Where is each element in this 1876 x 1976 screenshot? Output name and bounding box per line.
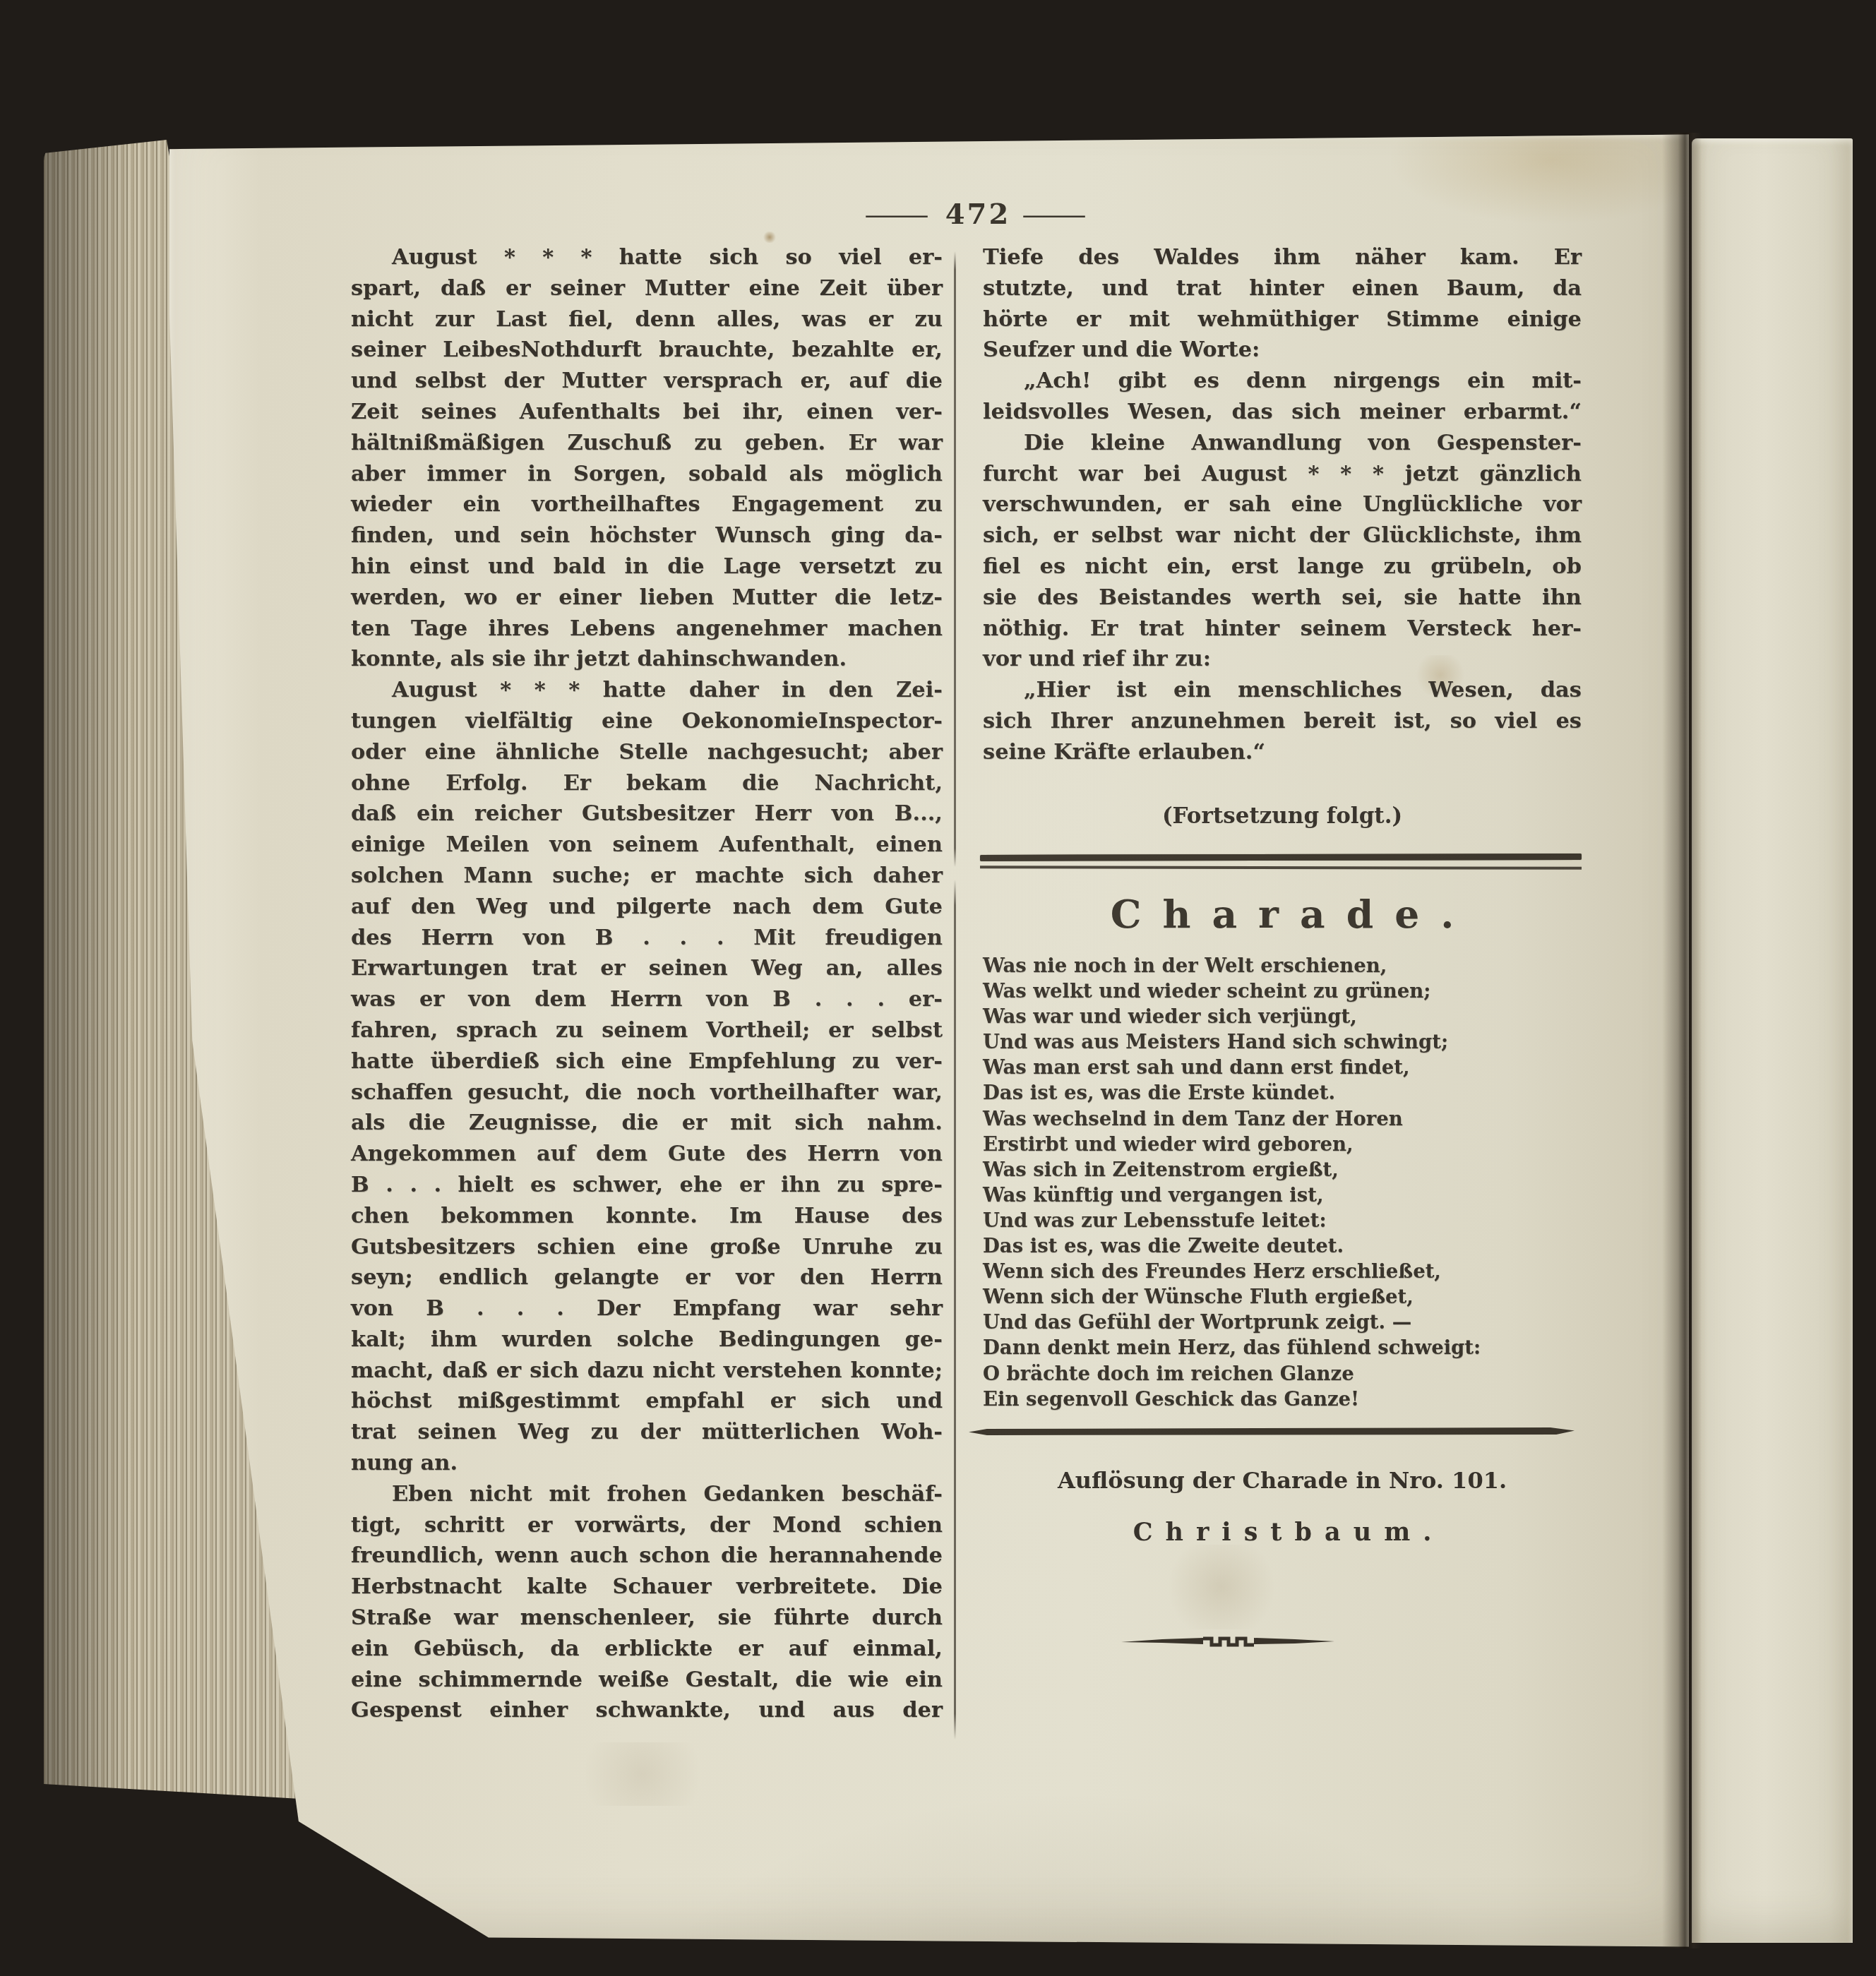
rule-thin-line — [980, 866, 1582, 869]
text-line: spart, daß er seiner Mutter eine Zeit üb… — [351, 275, 943, 306]
text-line: hältnißmäßigen Zuschuß zu geben. Er war — [351, 430, 943, 461]
text-line: sie des Beistandes werth sei, sie hatte … — [983, 585, 1582, 616]
text-line: höchst mißgestimmt empfahl er sich und — [351, 1388, 943, 1419]
text-line: freundlich, wenn auch schon die herannah… — [351, 1543, 943, 1574]
tailpiece-ornament-icon — [1120, 1632, 1336, 1651]
poem-line: Erstirbt und wieder wird geboren, — [983, 1133, 1582, 1158]
text-line: auf den Weg und pilgerte nach dem Gute — [351, 894, 943, 925]
text-line: Seufzer und die Worte: — [983, 337, 1582, 368]
text-line: trat seinen Weg zu der mütterlichen Woh- — [351, 1419, 943, 1450]
text-line: Erwartungen trat er seinen Weg an, alles — [351, 955, 943, 986]
text-line: wieder ein vortheilhaftes Engagement zu — [351, 491, 943, 522]
paper-stain — [565, 1742, 720, 1806]
text-line: hin einst und bald in die Lage versetzt … — [351, 553, 943, 585]
text-line: solchen Mann suche; er machte sich daher — [351, 863, 943, 894]
poem-line: Wenn sich des Freundes Herz erschließet, — [983, 1260, 1582, 1286]
text-line: konnte, als sie ihr jetzt dahinschwanden… — [351, 646, 943, 677]
page-number: —472— — [731, 198, 1225, 231]
text-line: Gutsbesitzers schien eine große Unruhe z… — [351, 1234, 943, 1265]
text-line: stutzte, und trat hinter einen Baum, da — [983, 275, 1582, 306]
poem-line: Dann denkt mein Herz, das fühlend schwei… — [983, 1336, 1582, 1362]
poem-line: Was man erst sah und dann erst findet, — [983, 1056, 1582, 1082]
right-text-column: Tiefe des Waldes ihm näher kam. Erstutzt… — [983, 244, 1582, 770]
poem-line: Ein segenvoll Geschick das Ganze! — [983, 1388, 1582, 1413]
text-line: nung an. — [351, 1450, 943, 1481]
text-line: Gespenst einher schwankte, und aus der — [351, 1697, 943, 1728]
text-line: seine Kräfte erlauben.“ — [983, 739, 1582, 770]
text-line: was er von dem Herrn von B . . . er- — [351, 986, 943, 1017]
poem-line: Das ist es, was die Zweite deutet. — [983, 1235, 1582, 1260]
text-line: und selbst der Mutter versprach er, auf … — [351, 368, 943, 399]
text-line: als die Zeugnisse, die er mit sich nahm. — [351, 1110, 943, 1141]
text-line: tigt, schritt er vorwärts, der Mond schi… — [351, 1512, 943, 1543]
column-divider — [954, 251, 956, 867]
gutter-shadow — [1662, 133, 1702, 1948]
poem-line: Und das Gefühl der Wortprunk zeigt. — — [983, 1311, 1582, 1336]
text-line: nicht zur Last fiel, denn alles, was er … — [351, 306, 943, 337]
poem-line: Und was aus Meisters Hand sich schwingt; — [983, 1031, 1582, 1056]
text-line: furcht war bei August * * * jetzt gänzli… — [983, 461, 1582, 492]
text-line: fahren, sprach zu seinem Vortheil; er se… — [351, 1017, 943, 1048]
text-line: oder eine ähnliche Stelle nachgesucht; a… — [351, 739, 943, 770]
text-line: „Hier ist ein menschliches Wesen, das — [983, 677, 1582, 708]
text-line: chen bekommen konnte. Im Hause des — [351, 1203, 943, 1234]
poem-line: Was sich in Zeitenstrom ergießt, — [983, 1158, 1582, 1184]
text-line: Straße war menschenleer, sie führte durc… — [351, 1605, 943, 1636]
text-line: sich, er selbst war nicht der Glücklichs… — [983, 522, 1582, 553]
text-line: Angekommen auf dem Gute des Herrn von — [351, 1141, 943, 1172]
text-line: August * * * hatte daher in den Zei- — [351, 677, 943, 708]
text-line: verschwunden, er sah eine Unglückliche v… — [983, 491, 1582, 522]
text-line: Eben nicht mit frohen Gedanken beschäf- — [351, 1481, 943, 1512]
poem-line: Und was zur Lebensstufe leitet: — [983, 1209, 1582, 1235]
charade-solution-answer: Christbaum. — [983, 1518, 1582, 1547]
poem-line: Was war und wieder sich verjüngt, — [983, 1005, 1582, 1031]
text-line: seiner LeibesNothdurft brauchte, bezahlt… — [351, 337, 943, 368]
text-line: tungen vielfältig eine OekonomieInspecto… — [351, 708, 943, 739]
text-line: Die kleine Anwandlung von Gespenster- — [983, 430, 1582, 461]
text-line: B . . . hielt es schwer, ehe er ihn zu s… — [351, 1172, 943, 1203]
text-line: aber immer in Sorgen, sobald als möglich — [351, 461, 943, 492]
poem-line: Was nie noch in der Welt erschienen, — [983, 954, 1582, 980]
book-photo: —472— August * * * hatte sich so viel er… — [0, 0, 1876, 1976]
text-line: macht, daß er sich dazu nicht verstehen … — [351, 1358, 943, 1389]
text-line: nöthig. Er trat hinter seinem Versteck h… — [983, 616, 1582, 647]
text-line: sich Ihrer anzunehmen bereit ist, so vie… — [983, 708, 1582, 739]
text-line: von B . . . Der Empfang war sehr — [351, 1295, 943, 1327]
text-line: August * * * hatte sich so viel er- — [351, 244, 943, 275]
text-line: daß ein reicher Gutsbesitzer Herr von B.… — [351, 801, 943, 832]
text-line: Zeit seines Aufenthalts bei ihr, einen v… — [351, 399, 943, 430]
text-line: „Ach! gibt es denn nirgengs ein mit- — [983, 368, 1582, 399]
poem-line: Wenn sich der Wünsche Fluth ergießet, — [983, 1286, 1582, 1311]
text-line: ein Gebüsch, da erblickte er auf einmal, — [351, 1636, 943, 1667]
page-number-value: 472 — [945, 198, 1011, 231]
text-line: eine schimmernde weiße Gestalt, die wie … — [351, 1667, 943, 1698]
poem-line: Das ist es, was die Erste kündet. — [983, 1082, 1582, 1107]
charade-solution-reference: Auflösung der Charade in Nro. 101. — [983, 1467, 1582, 1494]
rule-thick-line — [980, 854, 1582, 861]
text-line: ten Tage ihres Lebens angenehmer machen — [351, 616, 943, 647]
text-line: seyn; endlich gelangte er vor den Herrn — [351, 1264, 943, 1295]
left-text-column: August * * * hatte sich so viel er-spart… — [351, 244, 943, 1728]
continuation-note: (Fortsetzung folgt.) — [983, 803, 1582, 829]
next-page-edge — [1692, 138, 1853, 1943]
text-line: Herbstnacht kalte Schauer verbreitete. D… — [351, 1574, 943, 1605]
text-line: werden, wo er einer lieben Mutter die le… — [351, 585, 943, 616]
text-line: schaffen gesucht, die noch vortheilhafte… — [351, 1079, 943, 1110]
poem-line: Was künftig und vergangen ist, — [983, 1184, 1582, 1209]
header-dash: — — [1020, 198, 1093, 231]
charade-poem: Was nie noch in der Welt erschienen,Was … — [983, 954, 1582, 1413]
text-line: ohne Erfolg. Er bekam die Nachricht, — [351, 770, 943, 801]
text-line: des Herrn von B . . . Mit freudigen — [351, 925, 943, 956]
text-line: kalt; ihm wurden solche Bedingungen ge- — [351, 1327, 943, 1358]
header-dash: — — [863, 198, 936, 231]
poem-line: Was wechselnd in dem Tanz der Horen — [983, 1108, 1582, 1133]
double-rule — [980, 854, 1582, 869]
poem-line: O brächte doch im reichen Glanze — [983, 1363, 1582, 1388]
text-line: fiel es nicht ein, erst lange zu grübeln… — [983, 553, 1582, 585]
text-line: einige Meilen von seinem Aufenthalt, ein… — [351, 832, 943, 863]
text-line: hörte er mit wehmüthiger Stimme einige — [983, 306, 1582, 337]
column-divider — [954, 880, 956, 1740]
charade-heading: Charade. — [983, 891, 1582, 937]
paper-stain — [763, 232, 777, 243]
text-line: finden, und sein höchster Wunsch ging da… — [351, 522, 943, 553]
text-line: vor und rief ihr zu: — [983, 646, 1582, 677]
poem-line: Was welkt und wieder scheint zu grünen; — [983, 980, 1582, 1005]
text-line: hatte überdieß sich eine Empfehlung zu v… — [351, 1048, 943, 1079]
text-line: Tiefe des Waldes ihm näher kam. Er — [983, 244, 1582, 275]
paper-stain — [1158, 1545, 1285, 1629]
text-line: leidsvolles Wesen, das sich meiner erbar… — [983, 399, 1582, 430]
